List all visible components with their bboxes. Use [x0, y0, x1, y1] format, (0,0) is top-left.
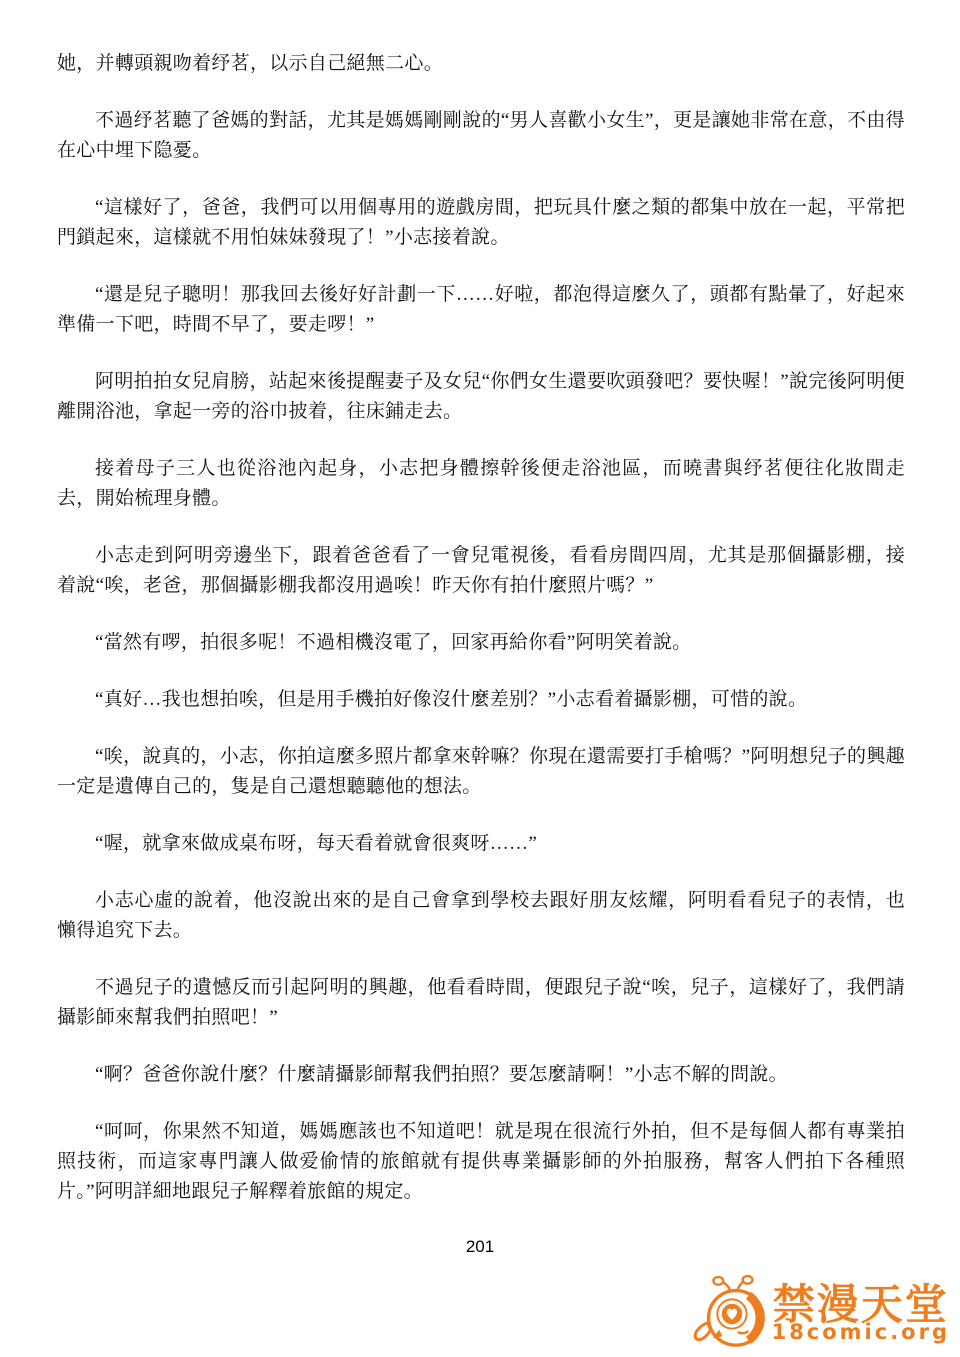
paragraph: “這樣好了，爸爸，我們可以用個專用的遊戲房間，把玩具什麼之類的都集中放在一起，平…: [57, 193, 905, 253]
document-body: 她，并轉頭親吻着纾茗，以示自己絕無二心。不過纾茗聽了爸媽的對話，尤其是媽媽剛剛說…: [57, 49, 905, 1234]
paragraph: “啊？爸爸你說什麼？什麼請攝影師幫我們拍照？要怎麼請啊！”小志不解的問說。: [57, 1060, 905, 1090]
paragraph: “唉，說真的，小志，你拍這麼多照片都拿來幹嘛？你現在還需要打手槍嗎？”阿明想兒子…: [57, 742, 905, 802]
paragraph: 接着母子三人也從浴池內起身，小志把身體擦幹後便走浴池區，而曉書與纾茗便往化妝間走…: [57, 454, 905, 514]
site-url: 18comic.org: [772, 1321, 950, 1343]
paragraph: “還是兒子聰明！那我回去後好好計劃一下……好啦，都泡得這麼久了，頭都有點暈了，好…: [57, 280, 905, 340]
paragraph: “真好…我也想拍唉，但是用手機拍好像沒什麼差别？”小志看着攝影棚，可惜的說。: [57, 685, 905, 715]
paragraph: 不過兒子的遺憾反而引起阿明的興趣，他看看時間，便跟兒子說“唉，兒子，這樣好了，我…: [57, 973, 905, 1033]
paragraph: 小志走到阿明旁邊坐下，跟着爸爸看了一會兒電視後，看看房間四周，尤其是那個攝影棚，…: [57, 541, 905, 601]
paragraph: 不過纾茗聽了爸媽的對話，尤其是媽媽剛剛說的“男人喜歡小女生”，更是讓她非常在意，…: [57, 106, 905, 166]
paragraph: “呵呵，你果然不知道，媽媽應該也不知道吧！就是現在很流行外拍，但不是每個人都有專…: [57, 1117, 905, 1207]
paragraph: 她，并轉頭親吻着纾茗，以示自己絕無二心。: [57, 49, 905, 79]
watermark-text: 禁漫天堂 18comic.org: [772, 1283, 950, 1343]
paragraph: “喔，就拿來做成桌布呀，每天看着就會很爽呀……”: [57, 829, 905, 859]
paragraph: 小志心虛的說着，他沒說出來的是自己會拿到學校去跟好朋友炫耀，阿明看看兒子的表情，…: [57, 886, 905, 946]
site-watermark: 禁漫天堂 18comic.org: [692, 1274, 950, 1352]
paragraph: “當然有啰，拍很多呢！不過相機沒電了，回家再給你看”阿明笑着說。: [57, 628, 905, 658]
page-number: 201: [0, 1237, 960, 1257]
whale-mascot-icon: [692, 1274, 770, 1352]
paragraph: 阿明拍拍女兒肩膀，站起來後提醒妻子及女兒“你們女生還要吹頭發吧？要快喔！”說完後…: [57, 367, 905, 427]
